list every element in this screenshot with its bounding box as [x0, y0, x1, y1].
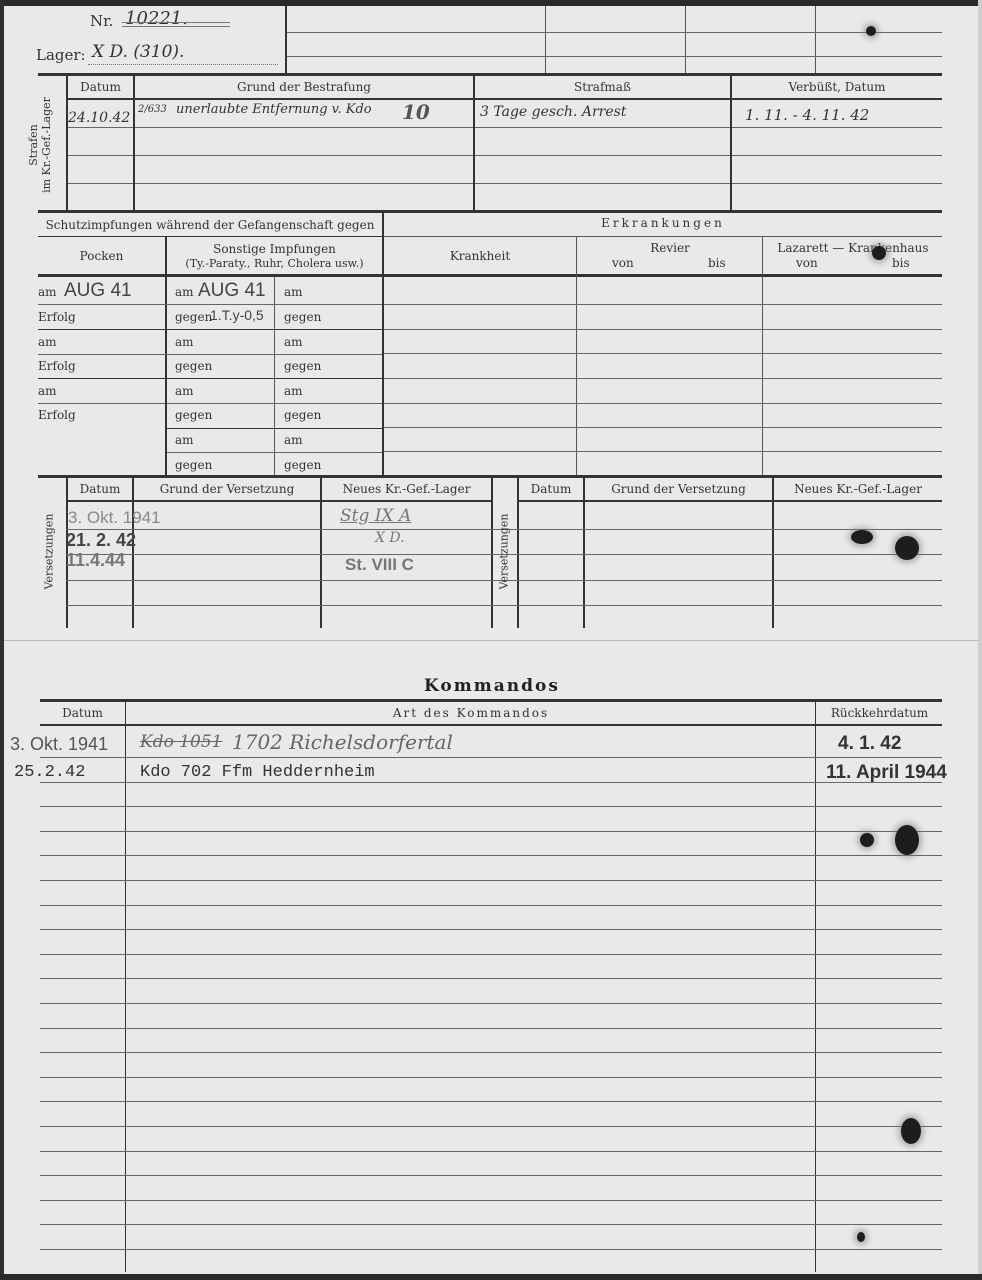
vers-left-col-lager: Neues Kr.-Gef.-Lager	[322, 482, 491, 496]
strafe-ref: 2/633	[138, 104, 167, 115]
kdo-row1-datum: 3. Okt. 1941	[10, 734, 108, 755]
vers-right-col-datum: Datum	[519, 482, 583, 496]
pocken-am-1-value: AUG 41	[64, 280, 132, 302]
sonstige-header-1: Sonstige Impfungen	[167, 242, 382, 256]
strafe-mark: 10	[402, 100, 430, 124]
punch-hole-2	[872, 246, 886, 260]
lager-value: X D. (310).	[92, 42, 184, 62]
vers-lager-3: St. VIII C	[345, 555, 414, 575]
kdo-row2-rueckkehr: 11. April 1944	[826, 762, 947, 784]
document-page: Nr. 10221. Lager: X D. (310). Strafen im…	[0, 0, 982, 1280]
scan-edge-right	[978, 0, 982, 1280]
impfungen-title: Schutzimpfungen während der Gefangenscha…	[38, 218, 382, 232]
strafen-side-label: Strafen im Kr.-Gef.-Lager	[27, 95, 53, 195]
versetzungen-side-label-right: Versetzungen	[498, 507, 511, 597]
kdo-col-art: Art des Kommandos	[127, 706, 815, 720]
revier-von: von	[612, 256, 634, 270]
erkrankungen-title: Erkrankungen	[384, 216, 942, 230]
kdo-row2-datum: 25.2.42	[14, 763, 85, 782]
punch-hole-3	[851, 530, 873, 544]
strafen-col-verbuesst: Verbüßt, Datum	[732, 80, 942, 94]
strafe-datum: 24.10.42	[68, 110, 130, 126]
strafe-strafmass: 3 Tage gesch. Arrest	[480, 104, 626, 120]
scan-edge-top	[0, 0, 982, 6]
lager-label: Lager:	[36, 46, 86, 64]
punch-hole-6	[895, 825, 919, 855]
vers-left-col-datum: Datum	[68, 482, 132, 496]
lazarett-von: von	[796, 256, 818, 270]
strafen-col-grund: Grund der Bestrafung	[135, 80, 473, 94]
vers-right-col-lager: Neues Kr.-Gef.-Lager	[774, 482, 942, 496]
kdo-row2-art: Kdo 702 Ffm Heddernheim	[140, 763, 375, 782]
vers-right-col-grund: Grund der Versetzung	[585, 482, 772, 496]
strafen-col-datum: Datum	[68, 80, 133, 94]
strafe-verbuesst: 1. 11. - 4. 11. 42	[745, 106, 869, 124]
lazarett-bis: bis	[892, 256, 910, 270]
kdo-row1-art: 1702 Richelsdorfertal	[232, 730, 453, 754]
sonstige-gegen-1-value: 1.T.y-0,5	[210, 307, 264, 323]
kdo-row1-rueckkehr: 4. 1. 42	[838, 733, 901, 755]
vers-datum-3: 11.4.44	[66, 550, 125, 571]
revier-header: Revier	[578, 241, 762, 255]
punch-hole-4	[895, 536, 919, 560]
kommandos-title: Kommandos	[424, 676, 560, 696]
strafen-col-strafmass: Strafmaß	[475, 80, 730, 94]
revier-bis: bis	[708, 256, 726, 270]
vers-lager-2: X D.	[375, 530, 405, 546]
kdo-col-datum: Datum	[40, 706, 125, 720]
pocken-header: Pocken	[38, 249, 165, 263]
punch-hole-8	[857, 1232, 865, 1242]
versetzungen-side-label-left: Versetzungen	[43, 507, 56, 597]
punch-hole-7	[901, 1118, 921, 1144]
vers-datum-1: 3. Okt. 1941	[68, 508, 161, 528]
nr-label: Nr.	[90, 12, 113, 30]
scan-edge-bottom	[0, 1274, 982, 1280]
kdo-row1-art-struck: Kdo 1051	[140, 732, 223, 752]
vers-lager-1: Stg IX A	[340, 506, 411, 526]
lazarett-header: Lazarett — Krankenhaus	[764, 241, 942, 255]
sonstige-am-1-value: AUG 41	[198, 280, 266, 302]
vers-datum-2: 21. 2. 42	[66, 530, 136, 551]
strafe-grund: unerlaubte Entfernung v. Kdo	[176, 102, 372, 117]
punch-hole-5	[860, 833, 874, 847]
punch-hole-1	[866, 26, 876, 36]
kdo-col-rueckkehr: Rückkehrdatum	[817, 706, 942, 720]
vers-left-col-grund: Grund der Versetzung	[134, 482, 320, 496]
sonstige-header-2: (Ty.-Paraty., Ruhr, Cholera usw.)	[167, 257, 382, 270]
krankheit-header: Krankheit	[384, 249, 576, 263]
